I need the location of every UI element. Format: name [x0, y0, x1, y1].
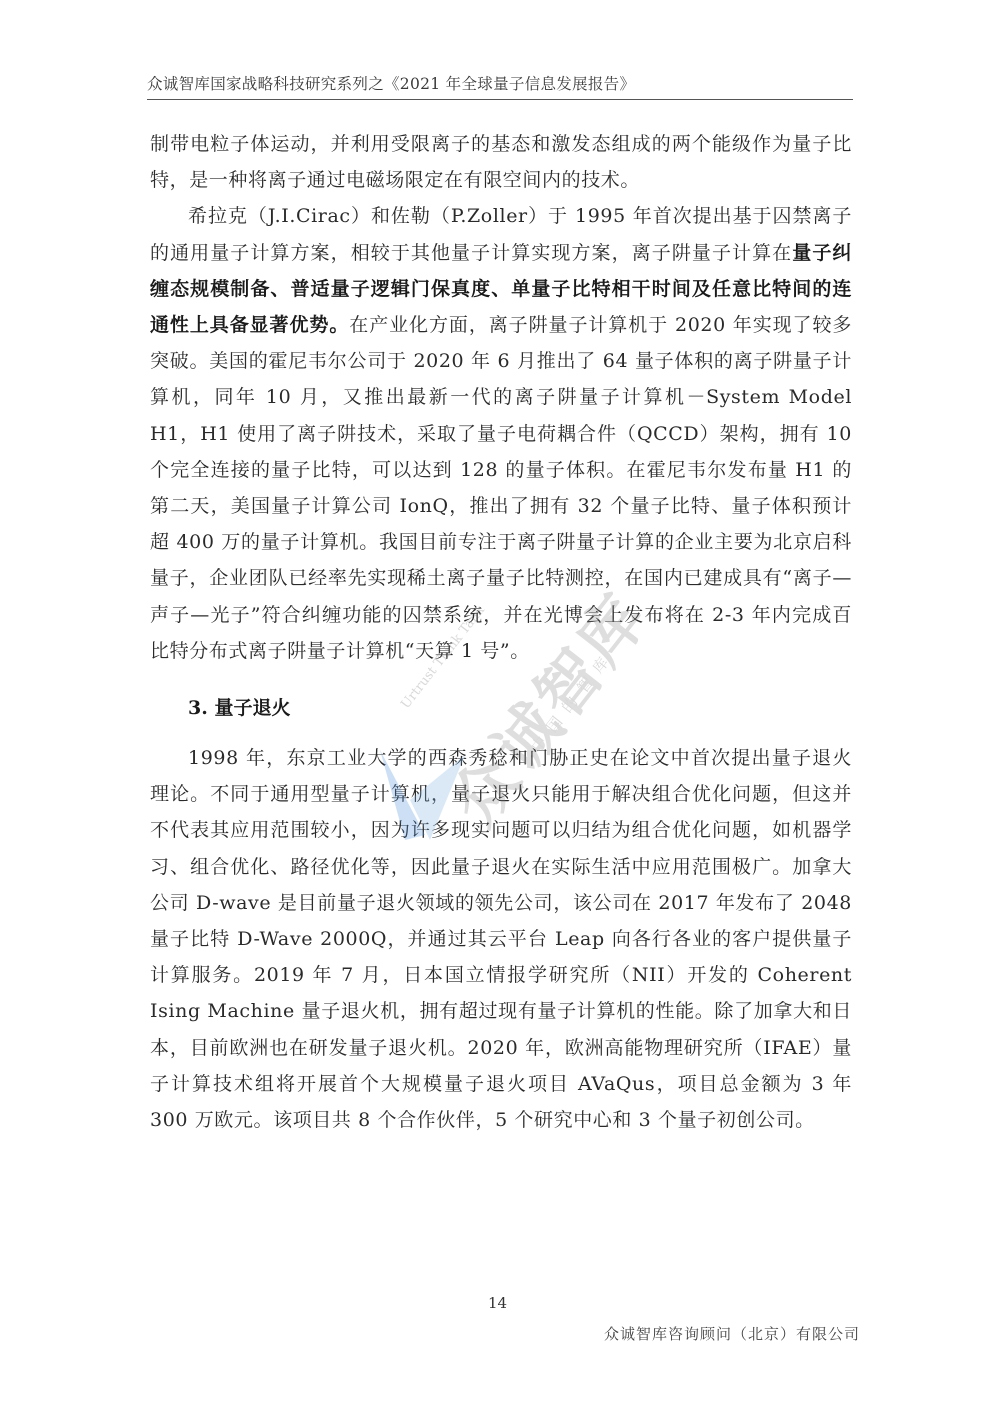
section-heading: 3. 量子退火 — [150, 690, 852, 726]
paragraph-text: 在产业化方面，离子阱量子计算机于 2020 年实现了较多突破。美国的霍尼韦尔公司… — [150, 314, 852, 662]
paragraph-continuation: 制带电粒子体运动，并利用受限离子的基态和激发态组成的两个能级作为量子比特，是一种… — [150, 126, 852, 198]
document-body: 制带电粒子体运动，并利用受限离子的基态和激发态组成的两个能级作为量子比特，是一种… — [150, 126, 852, 1138]
paragraph-ion-trap: 希拉克（J.I.Cirac）和佐勒（P.Zoller）于 1995 年首次提出基… — [150, 198, 852, 669]
paragraph-quantum-annealing: 1998 年，东京工业大学的西森秀稔和门胁正史在论文中首次提出量子退火理论。不同… — [150, 740, 852, 1138]
page-number: 14 — [488, 1294, 507, 1312]
footer-company: 众诚智库咨询顾问（北京）有限公司 — [604, 1323, 860, 1344]
running-header: 众诚智库国家战略科技研究系列之《2021 年全球量子信息发展报告》 — [147, 72, 853, 100]
paragraph-text: 希拉克（J.I.Cirac）和佐勒（P.Zoller）于 1995 年首次提出基… — [150, 205, 852, 263]
